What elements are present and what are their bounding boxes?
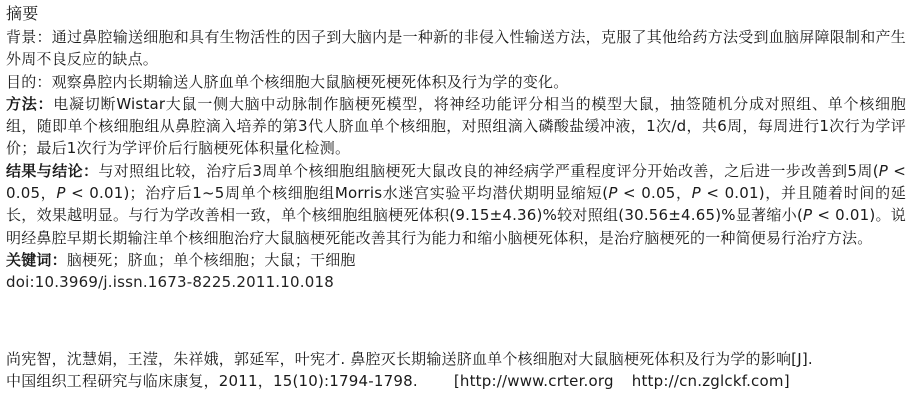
objective-label: 目的： xyxy=(6,73,52,91)
citation-journal-line: 中国组织工程研究与临床康复，2011，15(10):1794-1798.[htt… xyxy=(6,370,906,392)
citation-url-crter[interactable]: [http://www.crter.org xyxy=(454,372,614,390)
citation: 尚宪智，沈慧娟，王滢，朱祥娥，郭延军，叶宪才. 鼻腔灭长期输送脐血单个核细胞对大… xyxy=(6,348,906,393)
p-value-symbol: P xyxy=(692,184,701,202)
methods-section: 方法：电凝切断Wistar大鼠一侧大脑中动脉制作脑梗死模型，将神经功能评分相当的… xyxy=(6,93,906,160)
background-text: 通过鼻腔输送细胞和具有生物活性的因子到大脑内是一种新的非侵入性输送方法，克服了其… xyxy=(6,28,906,68)
results-section: 结果与结论：与对照组比较，治疗后3周单个核细胞组脑梗死大鼠改良的神经病学严重程度… xyxy=(6,160,906,249)
doi[interactable]: doi:10.3969/j.issn.1673-8225.2011.10.018 xyxy=(6,271,906,293)
p-value-symbol: P xyxy=(803,206,812,224)
abstract-heading: 摘要 xyxy=(6,2,906,26)
results-text-3: < 0.01)；治疗后1~5周单个核细胞组Morris水迷宫实验平均潜伏期明显缩… xyxy=(66,184,609,202)
results-text-4: < 0.05， xyxy=(618,184,692,202)
background-label: 背景： xyxy=(6,28,52,46)
citation-url-zglckf[interactable]: http://cn.zglckf.com] xyxy=(632,372,790,390)
keywords-text: 脑梗死；脐血；单个核细胞；大鼠；干细胞 xyxy=(67,251,356,269)
abstract: 摘要 背景：通过鼻腔输送细胞和具有生物活性的因子到大脑内是一种新的非侵入性输送方… xyxy=(6,2,906,294)
methods-label: 方法： xyxy=(6,95,53,113)
keywords-section: 关键词：脑梗死；脐血；单个核细胞；大鼠；干细胞 xyxy=(6,249,906,271)
keywords-label: 关键词： xyxy=(6,251,67,269)
p-value-symbol: P xyxy=(879,162,888,180)
p-value-symbol: P xyxy=(56,184,65,202)
background-section: 背景：通过鼻腔输送细胞和具有生物活性的因子到大脑内是一种新的非侵入性输送方法，克… xyxy=(6,26,906,71)
objective-text: 观察鼻腔内长期输送人脐血单个核细胞大鼠脑梗死梗死体积及行为学的变化。 xyxy=(52,73,569,91)
p-value-symbol: P xyxy=(608,184,617,202)
citation-authors-title: 尚宪智，沈慧娟，王滢，朱祥娥，郭延军，叶宪才. 鼻腔灭长期输送脐血单个核细胞对大… xyxy=(6,348,906,370)
results-label: 结果与结论： xyxy=(6,162,98,180)
methods-text: 电凝切断Wistar大鼠一侧大脑中动脉制作脑梗死模型，将神经功能评分相当的模型大… xyxy=(6,95,906,158)
results-text-1: 与对照组比较，治疗后3周单个核细胞组脑梗死大鼠改良的神经病学严重程度评分开始改善… xyxy=(98,162,878,180)
objective-section: 目的：观察鼻腔内长期输送人脐血单个核细胞大鼠脑梗死梗死体积及行为学的变化。 xyxy=(6,71,906,93)
citation-journal: 中国组织工程研究与临床康复，2011，15(10):1794-1798. xyxy=(6,372,418,390)
